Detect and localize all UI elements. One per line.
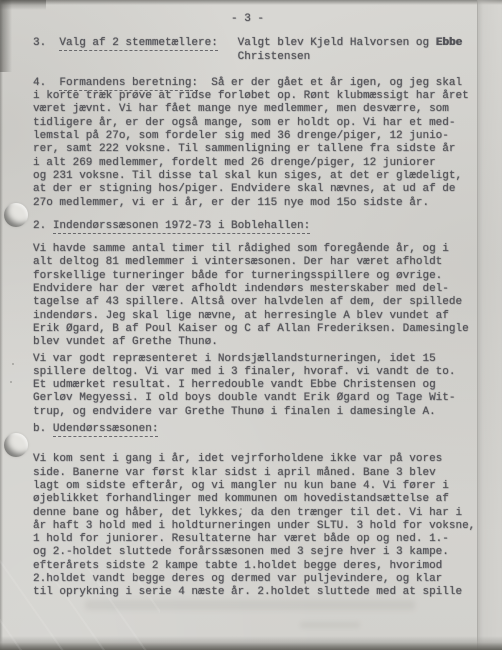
text-line: indendørs. Jeg skal lige nævne, at herre… bbox=[33, 310, 481, 323]
body-text: side. Banerne var først klar sidst i apr… bbox=[33, 467, 436, 479]
body-text: Et udmærket resultat. I herredouble vand… bbox=[33, 379, 436, 391]
body-text: tagelse af 43 spillere. Altså over halvd… bbox=[33, 296, 462, 308]
scan-corner-shadow bbox=[0, 0, 46, 10]
text-line: at der er stigning hos/piger. Endvidere … bbox=[33, 183, 481, 196]
text-line: og 2.-holdet sluttede forårssæsonen med … bbox=[33, 546, 481, 559]
body-text: alt deltog 81 medlemmer i vintersæsonen.… bbox=[33, 256, 442, 268]
body-text: Christensen bbox=[33, 51, 310, 63]
text-line: blev vundet af Grethe Thunø. bbox=[33, 336, 481, 349]
body-text bbox=[218, 37, 238, 49]
text-line: alt deltog 81 medlemmer i vintersæsonen.… bbox=[33, 256, 481, 269]
document-text: - 3 -3. Valg af 2 stemmetællere: Valgt b… bbox=[33, 13, 481, 600]
text-line: 1 hold for juniorer. Resultaterne har væ… bbox=[33, 533, 481, 546]
underlined-heading-text: Formandens beretning: bbox=[59, 77, 198, 91]
text-line: i korte træk prøve at ridse forløbet op.… bbox=[33, 90, 481, 103]
text-line: Vi kom sent i gang i år, idet vejrforhol… bbox=[33, 453, 481, 466]
text-line: været jævnt. Vi har fået mange nye medle… bbox=[33, 103, 481, 116]
paper-speck bbox=[10, 381, 12, 383]
scanned-document-page: - 3 -3. Valg af 2 stemmetællere: Valgt b… bbox=[0, 0, 502, 650]
body-text: år haft 3 hold med i holdturneringen und… bbox=[33, 520, 475, 532]
text-line: Vi var godt repræsenteret i Nordsjælland… bbox=[33, 353, 481, 366]
text-line: - 3 - bbox=[33, 13, 481, 26]
body-text: Ebbe bbox=[436, 37, 462, 49]
body-text: at der er stigning hos/piger. Endvidere … bbox=[33, 183, 455, 195]
underlined-heading-text: Udendørssæsonen: bbox=[53, 423, 159, 437]
text-line: og 231 voksne. Til disse tal skal kun si… bbox=[33, 170, 481, 183]
body-text: og 2.-holdet sluttede forårssæsonen med … bbox=[33, 546, 449, 558]
text-line: lagt om sidste efterår, og vi mangler nu… bbox=[33, 480, 481, 493]
text-line: i alt 269 medlemmer, fordelt med 26 dren… bbox=[33, 157, 481, 170]
text-line: 2. Indendørssæsonen 1972-73 i Boblehalle… bbox=[33, 220, 481, 233]
body-text: Vi havde samme antal timer til rådighed … bbox=[33, 243, 449, 255]
text-line: Vi havde samme antal timer til rådighed … bbox=[33, 243, 481, 256]
body-text: Vi var godt repræsenteret i Nordsjælland… bbox=[33, 353, 436, 365]
text-line: b. Udendørssæsonen: bbox=[33, 423, 481, 436]
body-text: indendørs. Jeg skal lige nævne, at herre… bbox=[33, 310, 449, 322]
item-4: 4. Formandens beretning: Så er der gået … bbox=[33, 77, 481, 90]
body-text: i korte træk prøve at ridse forløbet op.… bbox=[33, 90, 469, 102]
body-text: 4. bbox=[33, 77, 59, 89]
body-text: Endvidere har der været afholdt indendør… bbox=[33, 283, 449, 295]
punch-hole bbox=[4, 433, 28, 457]
body-text: 27o medlemmer, vi er i år, er der 115 ny… bbox=[33, 197, 429, 209]
text-line: 27o medlemmer, vi er i år, er der 115 ny… bbox=[33, 197, 481, 210]
text-line: side. Banerne var først klar sidst i apr… bbox=[33, 467, 481, 480]
body-text: Erik Øgard, B af Poul Kaiser og C af All… bbox=[33, 323, 469, 335]
body-text: spillere deltog. Vi var med i 3 finaler,… bbox=[33, 366, 455, 378]
para-formandens: i korte træk prøve at ridse forløbet op.… bbox=[33, 90, 481, 210]
text-line: tagelse af 43 spillere. Altså over halvd… bbox=[33, 296, 481, 309]
underlined-heading-text: Valg af 2 stemmetællere: bbox=[59, 37, 217, 51]
paper-speck bbox=[240, 508, 242, 510]
text-line: rer, samt 222 voksne. Til sammenligning … bbox=[33, 143, 481, 156]
text-line: lemstal på 27o, som fordeler sig med 36 … bbox=[33, 130, 481, 143]
text-line: Christensen bbox=[33, 51, 481, 64]
scan-edge-left bbox=[0, 0, 3, 650]
text-line: 4. Formandens beretning: Så er der gået … bbox=[33, 77, 481, 90]
text-line: denne bane og håber, det lykkes, da den … bbox=[33, 507, 481, 520]
text-line: 3. Valg af 2 stemmetællere: Valgt blev K… bbox=[33, 37, 481, 50]
body-text: tidligere år, er der også mange, som er … bbox=[33, 117, 455, 129]
text-line: Gerløv Megyessi. I old boys double vandt… bbox=[33, 392, 481, 405]
text-line: Erik Øgard, B af Poul Kaiser og C af All… bbox=[33, 323, 481, 336]
heading-indendors: 2. Indendørssæsonen 1972-73 i Boblehalle… bbox=[33, 220, 481, 233]
text-line: øjeblikket forhandlinger med kommunen om… bbox=[33, 493, 481, 506]
body-text: Vi kom sent i gang i år, idet vejrforhol… bbox=[33, 453, 442, 465]
body-text: og 231 voksne. Til disse tal skal kun si… bbox=[33, 170, 462, 182]
ink-bleed-smudge bbox=[300, 622, 360, 628]
body-text: været jævnt. Vi har fået mange nye medle… bbox=[33, 103, 449, 115]
text-line: spillere deltog. Vi var med i 3 finaler,… bbox=[33, 366, 481, 379]
scan-edge-top bbox=[0, 0, 502, 5]
body-text: 2. bbox=[33, 220, 53, 232]
body-text: 3. bbox=[33, 37, 59, 49]
text-line: tidligere år, er der også mange, som er … bbox=[33, 117, 481, 130]
scan-right-strip bbox=[478, 0, 502, 650]
body-text: lagt om sidste efterår, og vi mangler nu… bbox=[33, 480, 449, 492]
body-text: i alt 269 medlemmer, fordelt med 26 dren… bbox=[33, 157, 436, 169]
body-text: trup, og endvidere var Grethe Thunø i fi… bbox=[33, 406, 436, 418]
paper-speck bbox=[12, 363, 14, 365]
item-3: 3. Valg af 2 stemmetællere: Valgt blev K… bbox=[33, 37, 481, 64]
body-text: b. bbox=[33, 423, 53, 435]
body-text: øjeblikket forhandlinger med kommunen om… bbox=[33, 493, 449, 505]
text-line: Endvidere har der været afholdt indendør… bbox=[33, 283, 481, 296]
text-line: Et udmærket resultat. I herredouble vand… bbox=[33, 379, 481, 392]
paper-wrinkle bbox=[0, 560, 160, 650]
body-text bbox=[198, 77, 211, 89]
body-text: blev vundet af Grethe Thunø. bbox=[33, 336, 218, 348]
body-text: Gerløv Megyessi. I old boys double vandt… bbox=[33, 392, 455, 404]
page-number: - 3 - bbox=[33, 13, 481, 26]
heading-udendors: b. Udendørssæsonen: bbox=[33, 423, 481, 436]
body-text: Så er der gået et år igen, og jeg skal bbox=[211, 77, 462, 89]
para-nordsjaelland: Vi var godt repræsenteret i Nordsjælland… bbox=[33, 353, 481, 419]
paper-speck bbox=[372, 145, 374, 147]
body-text: forskellige turneringer både for turneri… bbox=[33, 270, 442, 282]
body-text: Valgt blev Kjeld Halvorsen og bbox=[238, 37, 436, 49]
punch-hole bbox=[4, 203, 28, 227]
text-line: forskellige turneringer både for turneri… bbox=[33, 270, 481, 283]
body-text: rer, samt 222 voksne. Til sammenligning … bbox=[33, 143, 455, 155]
text-line: år haft 3 hold med i holdturneringen und… bbox=[33, 520, 481, 533]
text-line: trup, og endvidere var Grethe Thunø i fi… bbox=[33, 406, 481, 419]
body-text: - 3 - bbox=[33, 13, 264, 25]
body-text: denne bane og håber, det lykkes, da den … bbox=[33, 507, 462, 519]
underlined-heading-text: Indendørssæsonen 1972-73 i Boblehallen: bbox=[53, 220, 310, 234]
para-indendors: Vi havde samme antal timer til rådighed … bbox=[33, 243, 481, 349]
body-text: 1 hold for juniorer. Resultaterne har væ… bbox=[33, 533, 449, 545]
body-text: lemstal på 27o, som fordeler sig med 36 … bbox=[33, 130, 449, 142]
